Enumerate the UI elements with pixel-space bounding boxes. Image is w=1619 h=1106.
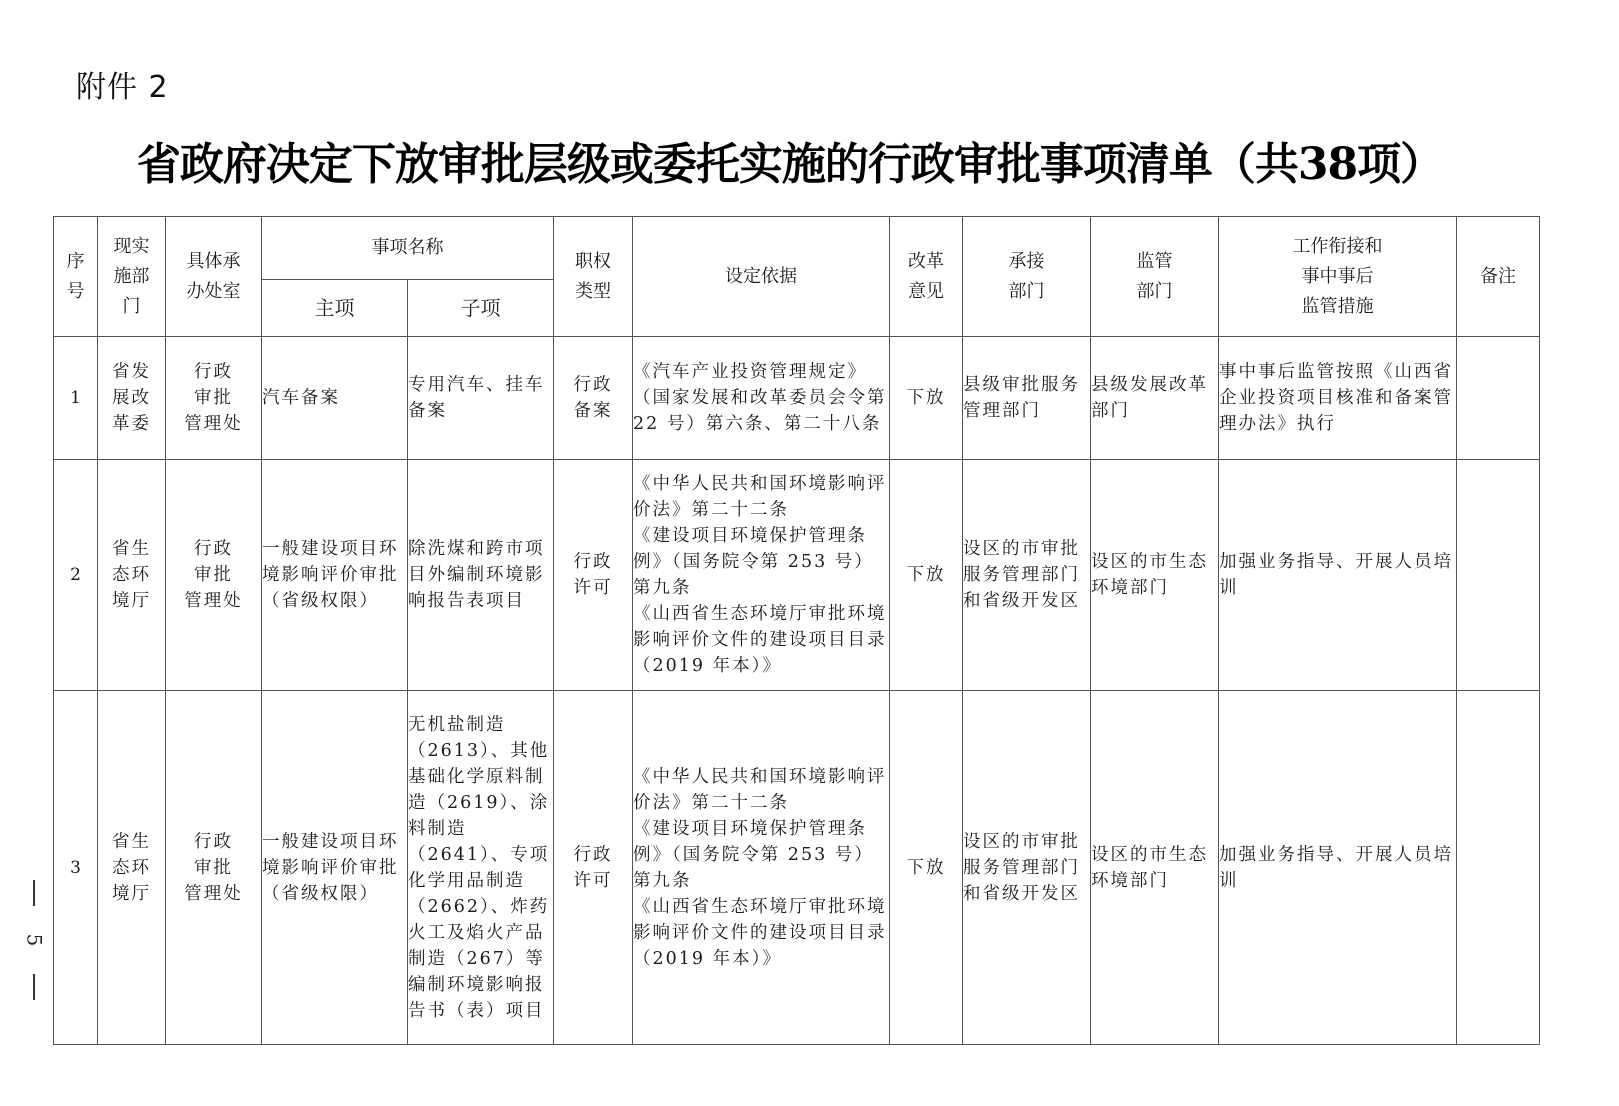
document-title: 省政府决定下放审批层级或委托实施的行政审批事项清单（共38项） [0, 128, 1580, 192]
cell-power-type: 行政 许可 [554, 691, 633, 1045]
cell-power-type: 行政 备案 [554, 337, 633, 460]
page-number-dash-top [33, 880, 35, 906]
cell-receiving-dept: 设区的市审批服务管理部门和省级开发区 [963, 691, 1091, 1045]
table-row: 3 省生 态环 境厅 行政 审批 管理处 一般建设项目环境影响评价审批（省级权限… [54, 691, 1540, 1045]
cell-follow-up-measures: 事中事后监管按照《山西省企业投资项目核准和备案管理办法》执行 [1219, 337, 1457, 460]
cell-department: 省发 展改 革委 [98, 337, 166, 460]
cell-follow-up-measures: 加强业务指导、开展人员培训 [1219, 691, 1457, 1045]
cell-seq: 2 [54, 460, 98, 691]
cell-supervising-dept: 县级发展改革部门 [1091, 337, 1219, 460]
cell-supervising-dept: 设区的市生态环境部门 [1091, 460, 1219, 691]
cell-main-item: 一般建设项目环境影响评价审批（省级权限） [262, 460, 408, 691]
table-header-row: 序 号 现实 施部 门 具体承 办处室 事项名称 职权 类型 设定依据 改革 意… [54, 217, 1540, 280]
cell-main-item: 一般建设项目环境影响评价审批（省级权限） [262, 691, 408, 1045]
header-follow-up-measures: 工作衔接和 事中事后 监管措施 [1219, 217, 1457, 337]
table-row: 2 省生 态环 境厅 行政 审批 管理处 一般建设项目环境影响评价审批（省级权限… [54, 460, 1540, 691]
table-row: 1 省发 展改 革委 行政 审批 管理处 汽车备案 专用汽车、挂车 备案 行政 … [54, 337, 1540, 460]
page-number-dash-bottom [33, 974, 35, 1000]
header-department: 现实 施部 门 [98, 217, 166, 337]
cell-reform-opinion: 下放 [890, 460, 963, 691]
header-sub-item: 子项 [408, 280, 554, 337]
cell-department: 省生 态环 境厅 [98, 460, 166, 691]
cell-seq: 3 [54, 691, 98, 1045]
cell-office: 行政 审批 管理处 [166, 337, 262, 460]
cell-remarks [1457, 691, 1540, 1045]
cell-sub-item: 除洗煤和跨市项目外编制环境影响报告表项目 [408, 460, 554, 691]
header-reform-opinion: 改革 意见 [890, 217, 963, 337]
header-supervising-dept: 监管 部门 [1091, 217, 1219, 337]
header-remarks: 备注 [1457, 217, 1540, 337]
cell-sub-item: 专用汽车、挂车 备案 [408, 337, 554, 460]
header-receiving-dept: 承接 部门 [963, 217, 1091, 337]
header-power-type: 职权 类型 [554, 217, 633, 337]
cell-reform-opinion: 下放 [890, 691, 963, 1045]
header-main-item: 主项 [262, 280, 408, 337]
cell-seq: 1 [54, 337, 98, 460]
cell-sub-item: 无机盐制造（2613）、其他基础化学原料制造（2619）、涂料制造（2641）、… [408, 691, 554, 1045]
cell-follow-up-measures: 加强业务指导、开展人员培训 [1219, 460, 1457, 691]
cell-receiving-dept: 设区的市审批服务管理部门和省级开发区 [963, 460, 1091, 691]
cell-power-type: 行政 许可 [554, 460, 633, 691]
cell-department: 省生 态环 境厅 [98, 691, 166, 1045]
cell-supervising-dept: 设区的市生态环境部门 [1091, 691, 1219, 1045]
attachment-label: 附件 2 [76, 62, 169, 106]
approval-items-table: 序 号 现实 施部 门 具体承 办处室 事项名称 职权 类型 设定依据 改革 意… [53, 216, 1540, 1045]
header-legal-basis: 设定依据 [633, 217, 890, 337]
cell-legal-basis: 《汽车产业投资管理规定》（国家发展和改革委员会令第 22 号）第六条、第二十八条 [633, 337, 890, 460]
header-seq: 序 号 [54, 217, 98, 337]
cell-remarks [1457, 460, 1540, 691]
cell-remarks [1457, 337, 1540, 460]
cell-office: 行政 审批 管理处 [166, 460, 262, 691]
cell-office: 行政 审批 管理处 [166, 691, 262, 1045]
header-item-name: 事项名称 [262, 217, 554, 280]
cell-legal-basis: 《中华人民共和国环境影响评价法》第二十二条 《建设项目环境保护管理条例》（国务院… [633, 460, 890, 691]
cell-receiving-dept: 县级审批服务管理部门 [963, 337, 1091, 460]
header-office: 具体承 办处室 [166, 217, 262, 337]
cell-legal-basis: 《中华人民共和国环境影响评价法》第二十二条 《建设项目环境保护管理条例》（国务院… [633, 691, 890, 1045]
cell-reform-opinion: 下放 [890, 337, 963, 460]
page-number-value: 5 [22, 934, 46, 947]
page-number: 5 [14, 880, 54, 1000]
cell-main-item: 汽车备案 [262, 337, 408, 460]
